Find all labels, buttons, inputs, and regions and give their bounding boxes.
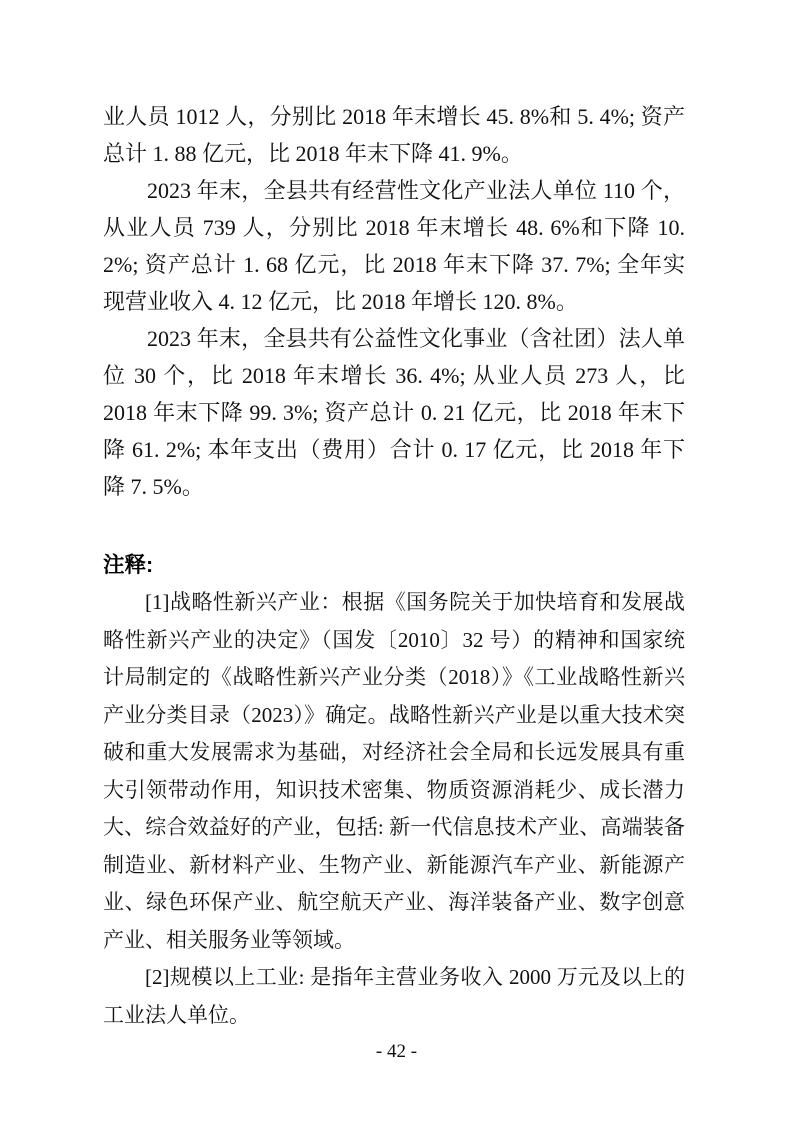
notes-section: 注释: [1]战略性新兴产业：根据《国务院关于加快培育和发展战略性新兴产业的决定… [103,547,685,1034]
paragraph-business-culture: 2023 年末，全县共有经营性文化产业法人单位 110 个，从业人员 739 人… [103,172,685,320]
note-item-1: [1]战略性新兴产业：根据《国务院关于加快培育和发展战略性新兴产业的决定》（国发… [103,584,685,959]
paragraph-continuation: 业人员 1012 人，分别比 2018 年末增长 45. 8%和 5. 4%; … [103,98,685,172]
document-page: 业人员 1012 人，分别比 2018 年末增长 45. 8%和 5. 4%; … [0,0,793,1122]
body-text-block: 业人员 1012 人，分别比 2018 年末增长 45. 8%和 5. 4%; … [103,98,685,505]
page-number: - 42 - [376,1041,417,1062]
note-item-2: [2]规模以上工业: 是指年主营业务收入 2000 万元及以上的工业法人单位。 [103,959,685,1034]
page-footer: - 42 - [0,1040,793,1064]
paragraph-public-culture: 2023 年末，全县共有公益性文化事业（含社团）法人单位 30 个，比 2018… [103,320,685,505]
notes-header: 注释: [103,547,685,584]
